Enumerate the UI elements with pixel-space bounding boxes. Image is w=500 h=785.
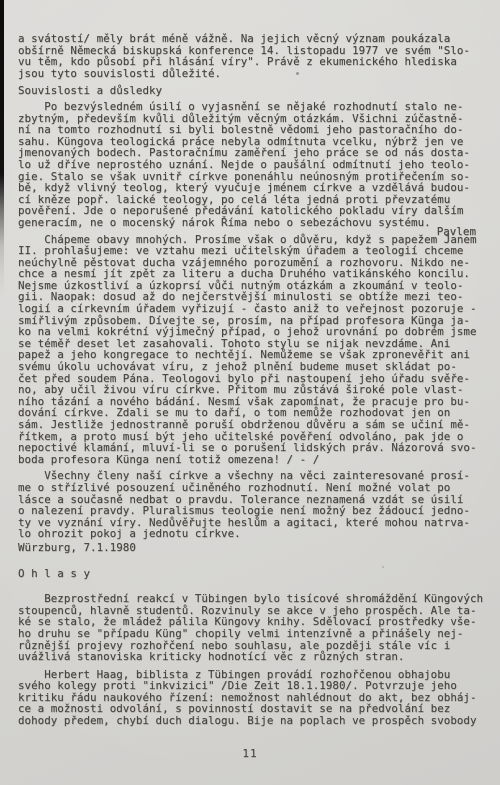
paragraph-pope: Chápeme obavy mnohých. Prosíme však o dů…	[18, 234, 492, 466]
dateline: Würzburg, 7.1.1980	[18, 542, 492, 554]
paragraph-haag: Herbert Haag, biblista z Tübingen provád…	[18, 669, 492, 727]
paragraph-appeal: Všechny členy naší církve a všechny na v…	[18, 470, 492, 540]
section-heading: Souvislosti a důsledky	[18, 85, 492, 97]
typed-insertion-word: Pavlem	[437, 226, 476, 238]
page-number: 11	[0, 747, 500, 760]
paragraph-decision: Po bezvýsledném úsilí o vyjasnění se něj…	[18, 101, 492, 229]
document-body: a svátostí/ měly brát méně vážně. Na jej…	[18, 33, 492, 727]
responses-heading: O h l a s y	[18, 568, 492, 580]
scanned-document-page: a svátostí/ měly brát méně vážně. Na jej…	[0, 0, 500, 785]
paragraph-pope-wrapper: Pavlem Chápeme obavy mnohých. Prosíme vš…	[18, 234, 492, 466]
scan-edge-artifact	[0, 0, 4, 300]
paragraph-reactions: Bezprostřední reakcí v Tübingen bylo tis…	[18, 593, 492, 663]
paragraph-continuation: a svátostí/ měly brát méně vážně. Na jej…	[18, 33, 492, 79]
